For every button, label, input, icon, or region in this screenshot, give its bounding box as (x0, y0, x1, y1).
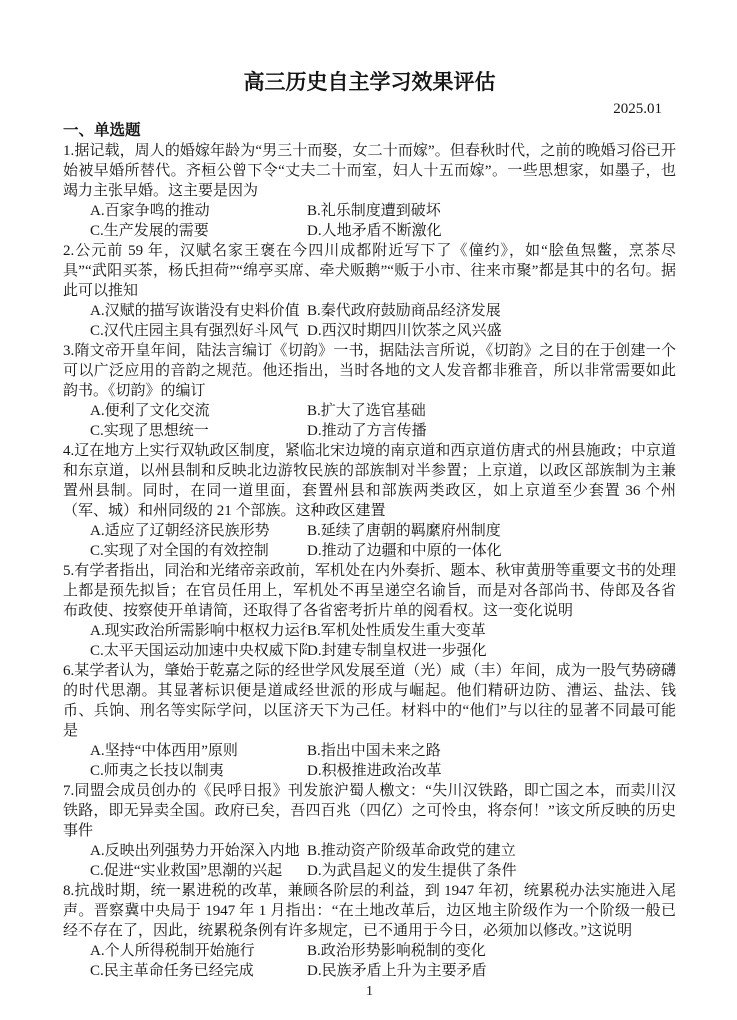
question-4-option-d: D.推动了边疆和中原的一体化 (307, 541, 676, 561)
question-4-option-b: B.延续了唐朝的羁縻府州制度 (307, 521, 676, 541)
question-8: 8.抗战时期，统一累进税的改革，兼顾各阶层的利益，到 1947 年初，统累税办法… (63, 881, 676, 981)
exam-date: 2025.01 (63, 99, 676, 119)
question-8-option-c: C.民主革命任务已经完成 (90, 961, 307, 981)
question-3-option-b: B.扩大了选官基础 (307, 401, 676, 421)
question-3-option-d: D.推动了方言传播 (307, 421, 676, 441)
question-1-option-c: C.生产发展的需要 (90, 221, 307, 241)
question-3-option-a: A.便利了文化交流 (90, 401, 307, 421)
question-7-options: A.反映出列强势力开始深入内地 B.推动资产阶级革命政党的建立 C.促进“实业救… (63, 841, 676, 881)
question-2: 2.公元前 59 年，汉赋名家王褒在今四川成都附近写下了《僮约》，如“脍鱼炰鳖，… (63, 241, 676, 341)
question-8-option-b: B.政治形势影响税制的变化 (307, 941, 676, 961)
question-8-option-d: D.民族矛盾上升为主要矛盾 (307, 961, 676, 981)
question-7-option-d: D.为武昌起义的发生提供了条件 (307, 861, 676, 881)
question-7-option-c: C.促进“实业救国”思潮的兴起 (90, 861, 307, 881)
question-1-option-d: D.人地矛盾不断激化 (307, 221, 676, 241)
question-2-options: A.汉赋的描写诙谐没有史料价值 B.秦代政府鼓励商品经济发展 C.汉代庄园主具有… (63, 301, 676, 341)
exam-page: 高三历史自主学习效果评估 2025.01 一、单选题 1.据记载，周人的婚嫁年龄… (63, 0, 676, 1001)
question-1-option-b: B.礼乐制度遭到破坏 (307, 201, 676, 221)
question-1-options: A.百家争鸣的推动 B.礼乐制度遭到破坏 C.生产发展的需要 D.人地矛盾不断激… (63, 201, 676, 241)
question-3-options: A.便利了文化交流 B.扩大了选官基础 C.实现了思想统一 D.推动了方言传播 (63, 401, 676, 441)
question-1-stem: 1.据记载，周人的婚嫁年龄为“男三十而娶，女二十而嫁”。但春秋时代，之前的晚婚习… (63, 141, 676, 201)
question-6: 6.某学者认为，肇始于乾嘉之际的经世学风发展至道（光）咸（丰）年间，成为一股气势… (63, 661, 676, 781)
question-3-stem: 3.隋文帝开皇年间，陆法言编订《切韵》一书，据陆法言所说，《切韵》之目的在于创建… (63, 341, 676, 401)
question-4-stem: 4.辽在地方上实行双轨政区制度，紧临北宋边境的南京道和西京道仿唐式的州县施政；中… (63, 441, 676, 521)
question-5: 5.有学者指出，同治和光绪帝亲政前，军机处在内外奏折、题本、秋审黄册等重要文书的… (63, 561, 676, 661)
section-heading: 一、单选题 (63, 120, 676, 141)
question-5-option-a: A.现实政治所需影响中枢权力运行 (90, 621, 307, 641)
question-7-stem: 7.同盟会成员创办的《民呼日报》刊发旅沪蜀人檄文：“失川汉铁路，即亡国之本，而卖… (63, 781, 676, 841)
question-5-option-b: B.军机处性质发生重大变革 (307, 621, 676, 641)
question-6-stem: 6.某学者认为，肇始于乾嘉之际的经世学风发展至道（光）咸（丰）年间，成为一股气势… (63, 661, 676, 741)
question-5-option-d: D.封建专制皇权进一步强化 (307, 641, 676, 661)
page-title: 高三历史自主学习效果评估 (63, 68, 676, 96)
question-2-option-b: B.秦代政府鼓励商品经济发展 (307, 301, 676, 321)
question-2-option-c: C.汉代庄园主具有强烈好斗风气 (90, 321, 307, 341)
question-2-option-d: D.西汉时期四川饮茶之风兴盛 (307, 321, 676, 341)
question-5-stem: 5.有学者指出，同治和光绪帝亲政前，军机处在内外奏折、题本、秋审黄册等重要文书的… (63, 561, 676, 621)
question-1-option-a: A.百家争鸣的推动 (90, 201, 307, 221)
question-2-stem: 2.公元前 59 年，汉赋名家王褒在今四川成都附近写下了《僮约》，如“脍鱼炰鳖，… (63, 241, 676, 301)
question-4: 4.辽在地方上实行双轨政区制度，紧临北宋边境的南京道和西京道仿唐式的州县施政；中… (63, 441, 676, 561)
question-3: 3.隋文帝开皇年间，陆法言编订《切韵》一书，据陆法言所说，《切韵》之目的在于创建… (63, 341, 676, 441)
question-5-option-c: C.太平天国运动加速中央权威下降 (90, 641, 307, 661)
question-6-options: A.坚持“中体西用”原则 B.指出中国未来之路 C.师夷之长技以制夷 D.积极推… (63, 741, 676, 781)
question-6-option-c: C.师夷之长技以制夷 (90, 761, 307, 781)
question-5-options: A.现实政治所需影响中枢权力运行 B.军机处性质发生重大变革 C.太平天国运动加… (63, 621, 676, 661)
question-1: 1.据记载，周人的婚嫁年龄为“男三十而娶，女二十而嫁”。但春秋时代，之前的晚婚习… (63, 141, 676, 241)
question-4-options: A.适应了辽朝经济民族形势 B.延续了唐朝的羁縻府州制度 C.实现了对全国的有效… (63, 521, 676, 561)
question-3-option-c: C.实现了思想统一 (90, 421, 307, 441)
question-4-option-a: A.适应了辽朝经济民族形势 (90, 521, 307, 541)
question-8-option-a: A.个人所得税制开始施行 (90, 941, 307, 961)
question-8-options: A.个人所得税制开始施行 B.政治形势影响税制的变化 C.民主革命任务已经完成 … (63, 941, 676, 981)
question-2-option-a: A.汉赋的描写诙谐没有史料价值 (90, 301, 307, 321)
question-6-option-d: D.积极推进政治改革 (307, 761, 676, 781)
question-7-option-b: B.推动资产阶级革命政党的建立 (307, 841, 676, 861)
question-7: 7.同盟会成员创办的《民呼日报》刊发旅沪蜀人檄文：“失川汉铁路，即亡国之本，而卖… (63, 781, 676, 881)
question-4-option-c: C.实现了对全国的有效控制 (90, 541, 307, 561)
question-6-option-a: A.坚持“中体西用”原则 (90, 741, 307, 761)
page-number: 1 (63, 983, 676, 1001)
question-8-stem: 8.抗战时期，统一累进税的改革，兼顾各阶层的利益，到 1947 年初，统累税办法… (63, 881, 676, 941)
question-7-option-a: A.反映出列强势力开始深入内地 (90, 841, 307, 861)
question-6-option-b: B.指出中国未来之路 (307, 741, 676, 761)
